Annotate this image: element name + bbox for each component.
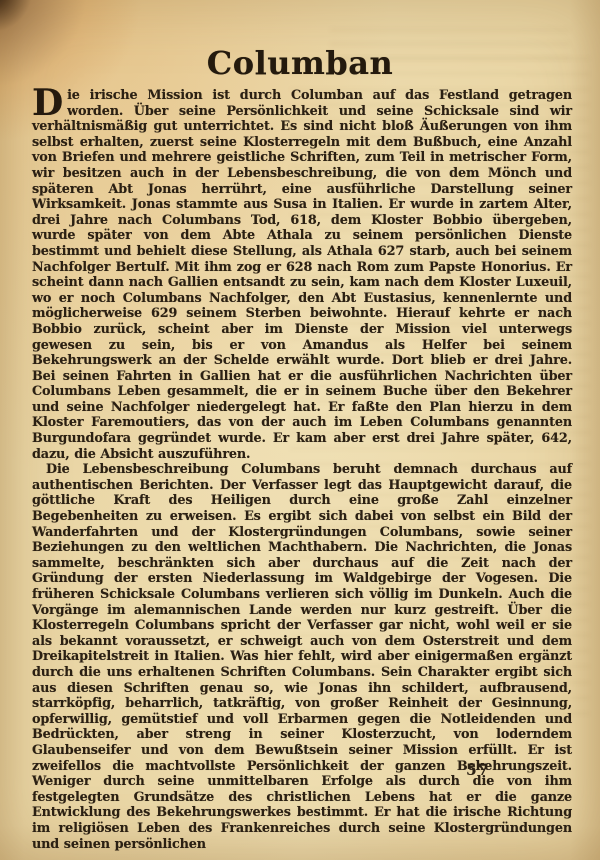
page-number: 57 (466, 760, 490, 779)
paragraph: Die Lebensbeschreibung Columbans beruht … (32, 462, 572, 852)
paragraph-text: ie irische Mission ist durch Columban au… (32, 88, 572, 462)
page-title: Columban (0, 44, 600, 82)
paragraph: Die irische Mission ist durch Columban a… (32, 88, 572, 462)
drop-cap: D (32, 88, 67, 117)
body-text-block: Die irische Mission ist durch Columban a… (32, 88, 572, 852)
book-page-scan: Columban Die irische Mission ist durch C… (0, 0, 600, 860)
paragraph-text: Die Lebensbeschreibung Columbans beruht … (32, 462, 572, 851)
